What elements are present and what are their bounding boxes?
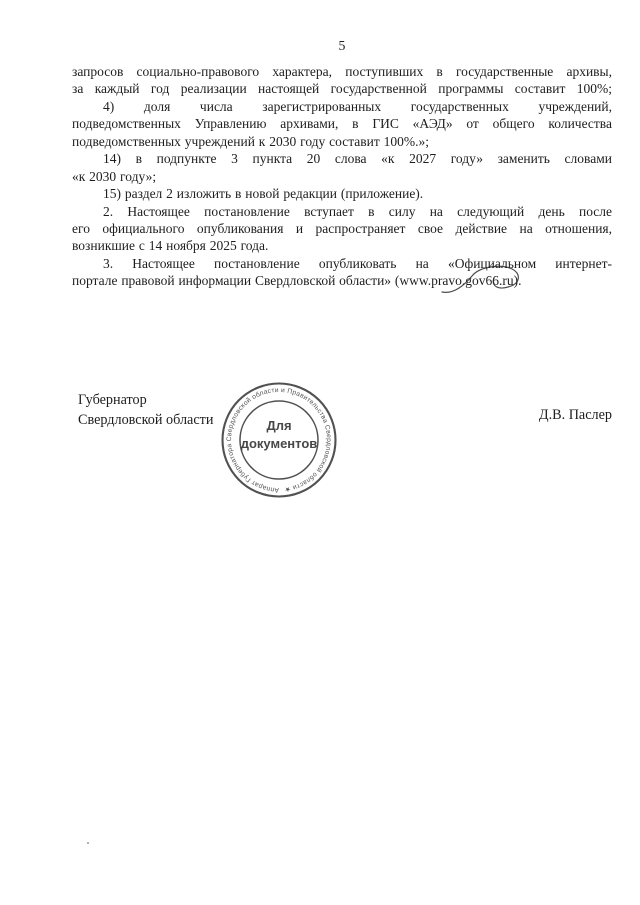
stamp-center-text-line2: документов — [241, 436, 318, 451]
text-line: его официального опубликования и распрос… — [72, 220, 612, 237]
text-line: 2. Настоящее постановление вступает в си… — [72, 203, 612, 220]
text-line: подведомственных Управлению архивами, в … — [72, 115, 612, 132]
document-body: запросов социально-правового характера, … — [72, 63, 612, 290]
signature-name: Д.В. Паслер — [72, 407, 612, 424]
text-line: 14) в подпункте 3 пункта 20 слова «к 202… — [72, 150, 612, 167]
text-line: «к 2030 году»; — [72, 168, 612, 185]
stamp-center-text-line1: Для — [266, 418, 291, 433]
text-line: запросов социально-правового характера, … — [72, 63, 612, 80]
document-page: 5 запросов социально-правового характера… — [0, 0, 640, 905]
text-line: 15) раздел 2 изложить в новой редакции (… — [72, 185, 612, 202]
text-line: подведомственных учреждений к 2030 году … — [72, 133, 612, 150]
official-stamp: Аппарат Губернатора Свердловской области… — [217, 378, 341, 502]
page-number: 5 — [72, 38, 612, 54]
pen-annotation-loop — [436, 262, 546, 300]
text-line: 4) доля числа зарегистрированных государ… — [72, 98, 612, 115]
text-line: возникшие с 14 ноября 2025 года. — [72, 237, 612, 254]
scan-artifact-dot — [87, 842, 89, 844]
text-line: за каждый год реализации настоящей госуд… — [72, 80, 612, 97]
